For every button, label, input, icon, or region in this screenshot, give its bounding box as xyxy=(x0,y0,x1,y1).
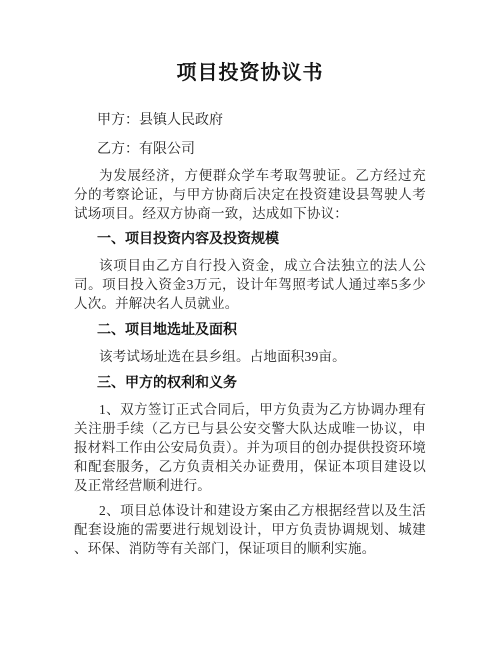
section-heading-2: 二、项目地选址及面积 xyxy=(74,319,426,339)
intro-paragraph: 为发展经济，方便群众学车考取驾驶证。乙方经过充分的考察论证，与甲方协商后决定在投… xyxy=(74,166,426,223)
section-paragraph: 该项目由乙方自行投入资金，成立合法独立的法人公司。项目投入资金3万元，设计年驾照… xyxy=(74,256,426,313)
section-investment-scope: 一、项目投资内容及投资规模 该项目由乙方自行投入资金，成立合法独立的法人公司。项… xyxy=(74,228,426,313)
section-heading-3: 三、甲方的权利和义务 xyxy=(74,372,426,392)
section-paragraph: 2、项目总体设计和建设方案由乙方根据经营以及生活配套设施的需要进行规划设计，甲方… xyxy=(74,501,426,558)
section-paragraph: 1、双方签订正式合同后，甲方负责为乙方协调办理有关注册手续（乙方已与县公安交警大… xyxy=(74,400,426,495)
section-site-area: 二、项目地选址及面积 该考试场址选在县乡组。占地面积39亩。 xyxy=(74,319,426,366)
section-party-a-rights: 三、甲方的权利和义务 1、双方签订正式合同后，甲方负责为乙方协调办理有关注册手续… xyxy=(74,372,426,558)
party-a-line: 甲方：县镇人民政府 xyxy=(74,111,426,130)
section-heading-1: 一、项目投资内容及投资规模 xyxy=(74,228,426,248)
document-title: 项目投资协议书 xyxy=(74,60,426,86)
section-paragraph: 该考试场址选在县乡组。占地面积39亩。 xyxy=(74,347,426,366)
party-b-line: 乙方：有限公司 xyxy=(74,140,426,159)
document-page: 项目投资协议书 甲方：县镇人民政府 乙方：有限公司 为发展经济，方便群众学车考取… xyxy=(0,0,500,647)
